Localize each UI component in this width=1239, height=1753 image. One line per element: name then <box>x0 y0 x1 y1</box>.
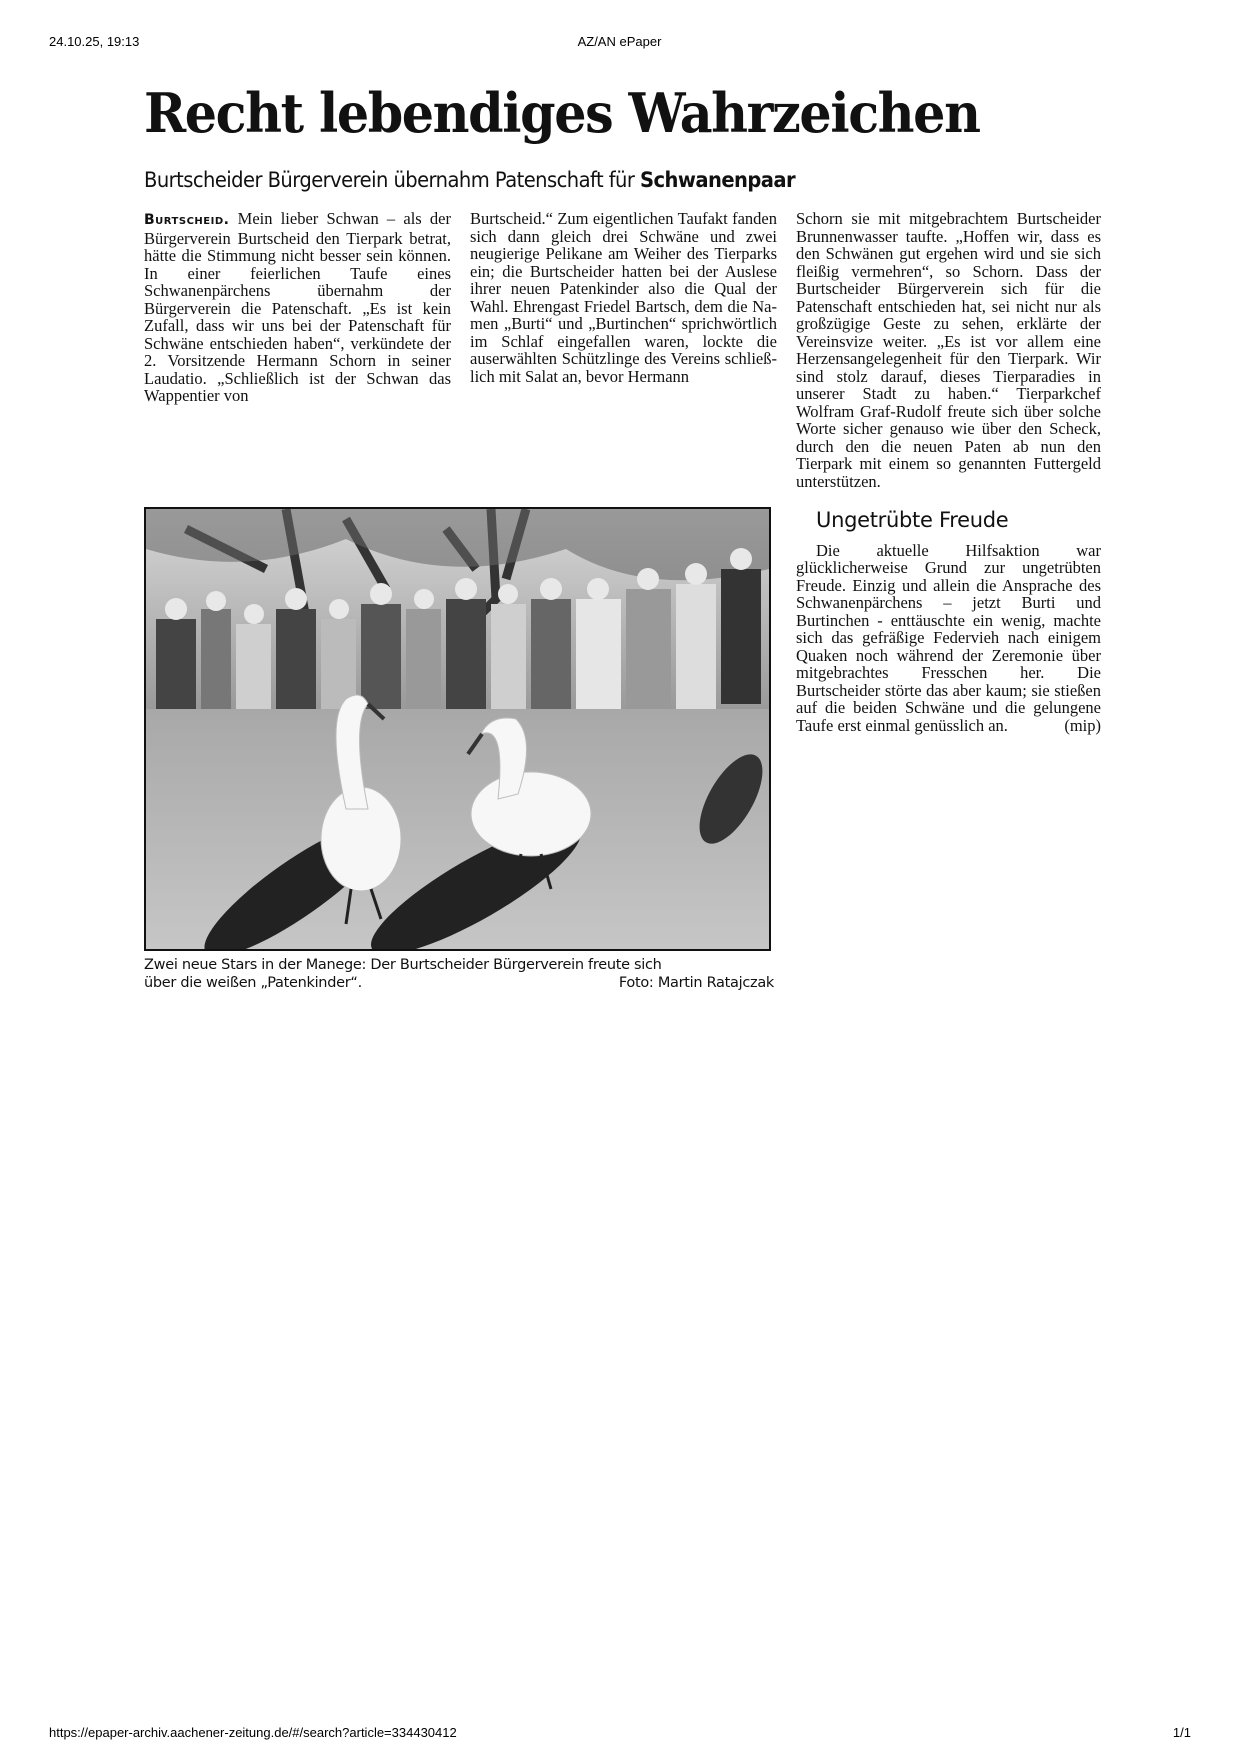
author-tag: (mip) <box>1044 717 1101 735</box>
headline: Recht lebendiges Wahrzeichen <box>144 86 980 140</box>
source-url: https://epaper-archiv.aachener-zeitung.d… <box>49 1725 457 1740</box>
body-text: Mein lieber Schwan – als der Bürgerverei… <box>144 209 451 405</box>
print-footer: https://epaper-archiv.aachener-zeitung.d… <box>0 1725 1239 1743</box>
dateline: Burtscheid. <box>144 212 229 228</box>
photo-credit: Foto: Martin Ratajczak <box>619 974 774 992</box>
page-number: 1/1 <box>1173 1725 1191 1740</box>
body-text-part: Die aktuelle Hilfsaktion war glücklicher… <box>796 541 1101 735</box>
subheadline-bold: Schwanenpaar <box>640 168 795 192</box>
caption-line-1: Zwei neue Stars in der Manege: Der Burts… <box>144 956 774 974</box>
body-text: Die aktuelle Hilfsaktion war glücklicher… <box>796 542 1101 735</box>
print-header: 24.10.25, 19:13 AZ/AN ePaper <box>0 34 1239 52</box>
section-subheading: Ungetrübte Freude <box>816 512 1101 530</box>
print-title: AZ/AN ePaper <box>0 34 1239 49</box>
body-text: Schorn sie mit mitgebrachtem Burtscheide… <box>796 210 1101 490</box>
subheadline-regular: Burtscheider Bürgerverein übernahm Paten… <box>144 168 634 192</box>
body-column-1: Burtscheid. Mein lieber Schwan – als der… <box>144 210 451 405</box>
body-column-3: Schorn sie mit mitgebrachtem Burtscheide… <box>796 210 1101 734</box>
article-photo <box>144 507 771 951</box>
body-text: Burtscheid.“ Zum eigentlichen Taufakt fa… <box>470 210 777 385</box>
body-column-2: Burtscheid.“ Zum eigentlichen Taufakt fa… <box>470 210 777 385</box>
swans-photo-image <box>146 509 769 949</box>
subheadline: Burtscheider Bürgerverein übernahm Paten… <box>144 168 795 192</box>
photo-caption: Zwei neue Stars in der Manege: Der Burts… <box>144 956 774 992</box>
caption-line-2: über die weißen „Patenkinder“. <box>144 974 362 992</box>
